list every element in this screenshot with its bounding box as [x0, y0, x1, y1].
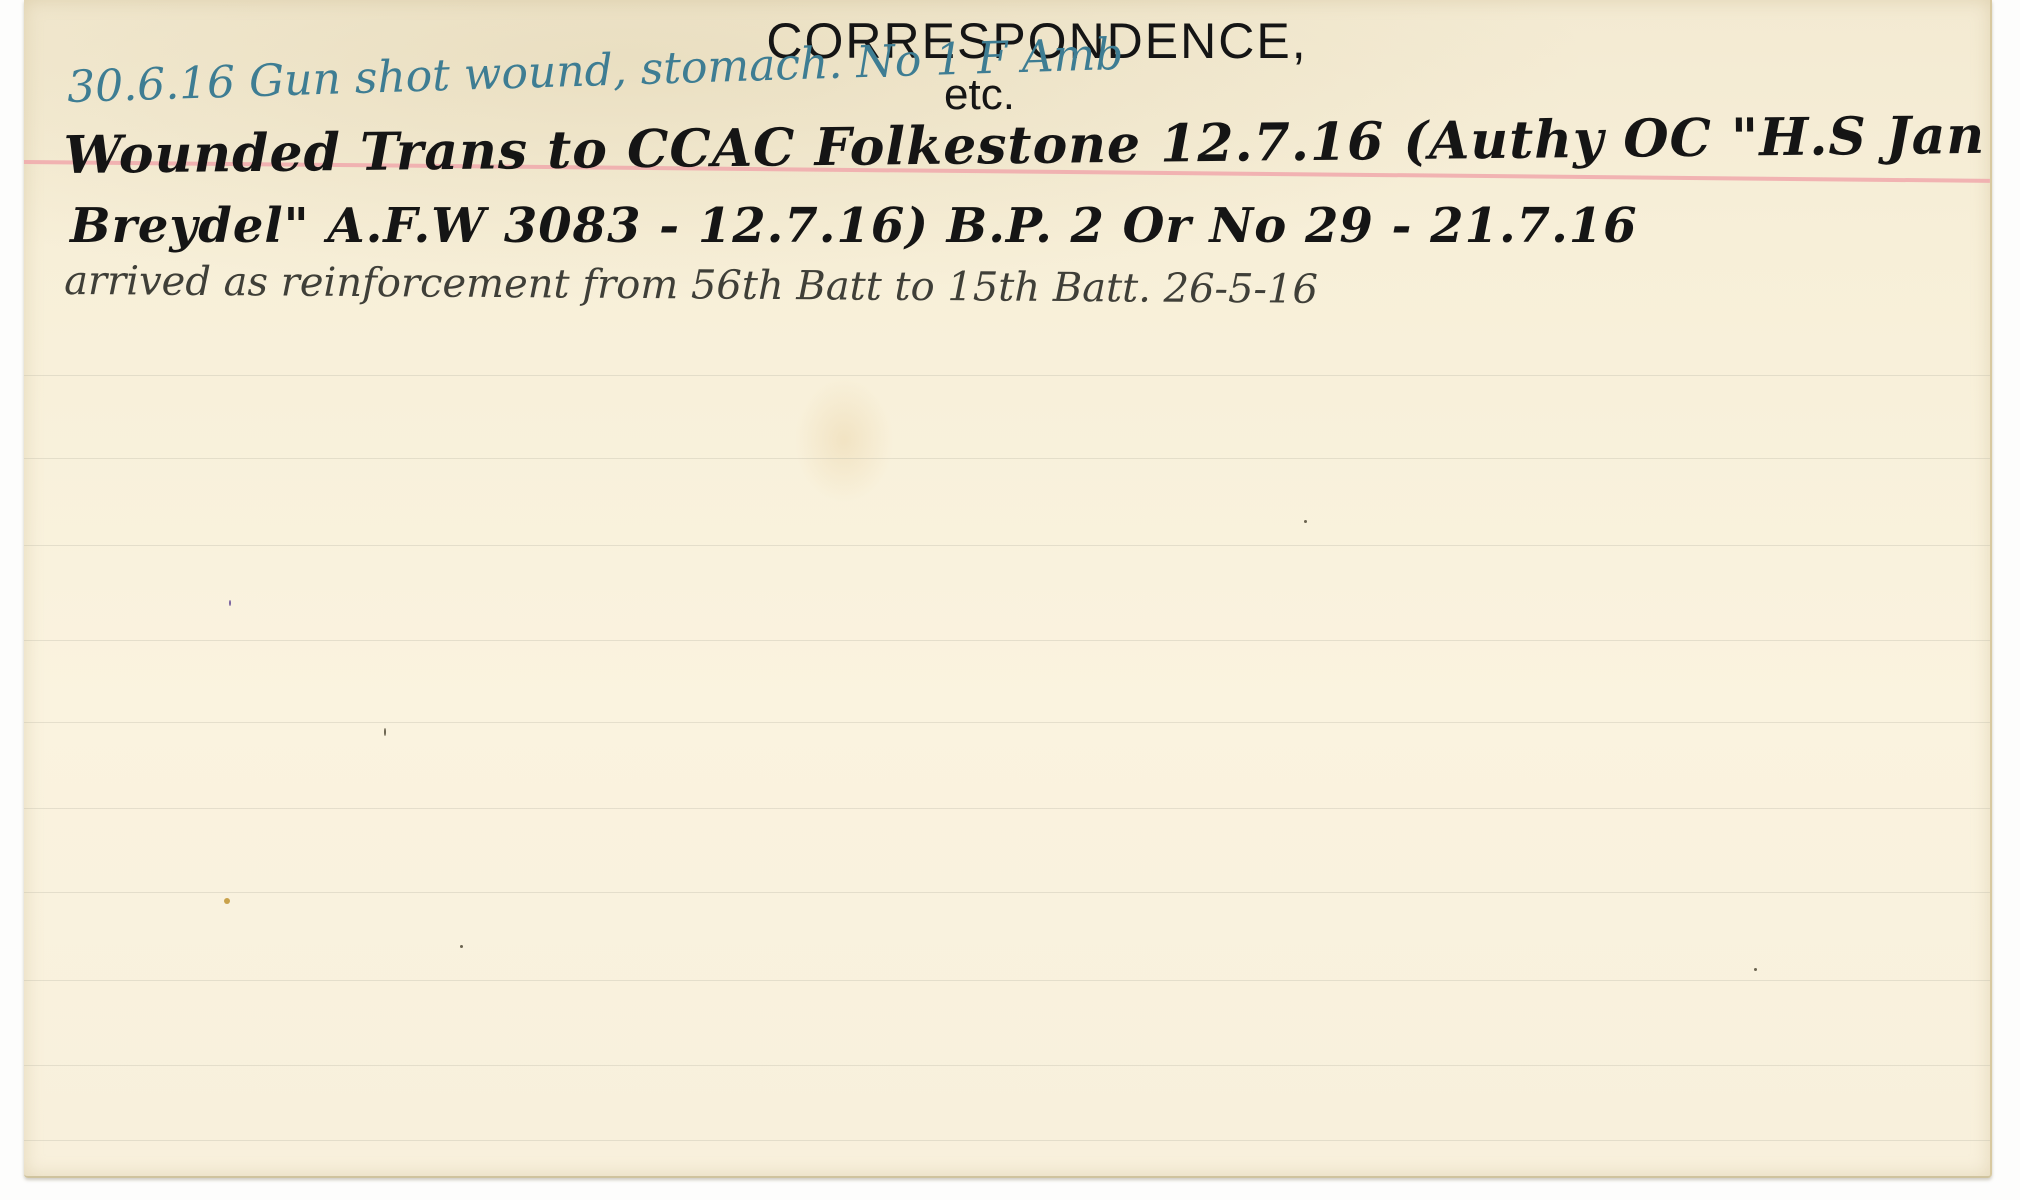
ruled-line: [24, 722, 1990, 723]
ruled-line: [24, 808, 1990, 809]
ruled-line: [24, 640, 1990, 641]
ruled-line: [24, 545, 1990, 546]
ruled-line: [24, 375, 1990, 376]
scanned-document: CORRESPONDENCE, etc. 30.6.16 Gun shot wo…: [0, 0, 2020, 1200]
handwritten-entry-3: Breydel" A.F.W 3083 - 12.7.16) B.P. 2 Or…: [70, 198, 1638, 254]
record-card: CORRESPONDENCE, etc. 30.6.16 Gun shot wo…: [24, 0, 1992, 1178]
handwritten-entry-2: Wounded Trans to CCAC Folkestone 12.7.16…: [63, 105, 1985, 186]
ruled-line: [24, 1140, 1990, 1141]
ruled-line: [24, 980, 1990, 981]
ruled-line: [24, 458, 1990, 459]
ruled-line: [24, 1065, 1990, 1066]
handwritten-entry-4: arrived as reinforcement from 56th Batt …: [64, 258, 1318, 313]
ruled-line: [24, 892, 1990, 893]
